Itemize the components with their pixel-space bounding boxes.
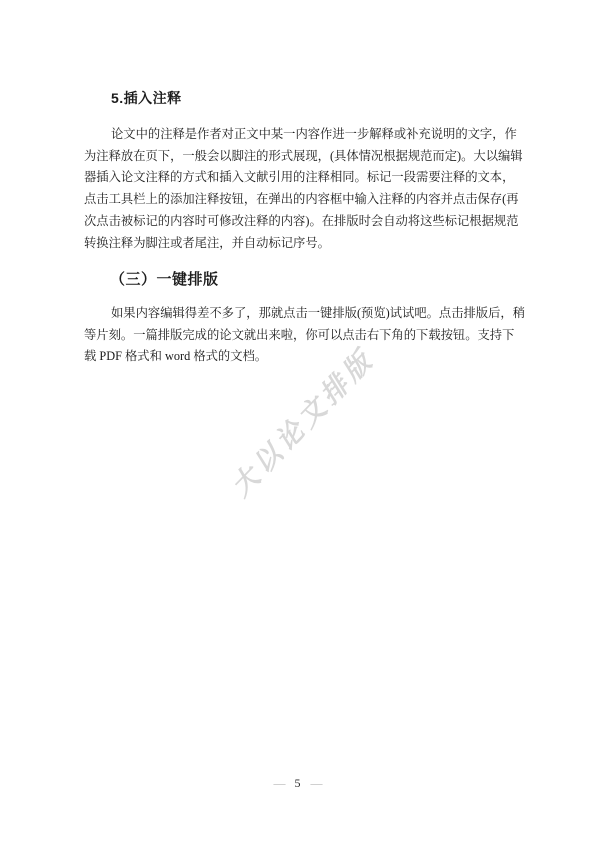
text-line: 点击工具栏上的添加注释按钮，在弹出的内容框中输入注释的内容并点击保存(再	[84, 189, 508, 211]
page-number-value: 5	[295, 776, 301, 790]
text-line: 载 PDF 格式和 word 格式的文档。	[84, 346, 508, 368]
section-heading-one-click-layout: （三）一键排版	[84, 268, 534, 289]
text-line: 如果内容编辑得差不多了，那就点击一键排版(预览)试试吧。点击排版后，稍	[84, 303, 508, 325]
paragraph-insert-annotation: 论文中的注释是作者对正文中某一内容作进一步解释或补充说明的文字，作为注释放在页下…	[84, 124, 508, 254]
page-number-right-dash: —	[311, 776, 322, 790]
text-line: 为注释放在页下，一般会以脚注的形式展现，(具体情况根据规范而定)。大以编辑	[84, 146, 508, 168]
page-number-left-dash: —	[274, 776, 285, 790]
page-number: — 5 —	[0, 776, 595, 791]
text-line: 等片刻。一篇排版完成的论文就出来啦，你可以点击右下角的下载按钮。支持下	[84, 325, 508, 347]
text-line: 器插入论文注释的方式和插入文献引用的注释相同。标记一段需要注释的文本，	[84, 167, 508, 189]
text-line: 转换注释为脚注或者尾注，并自动标记序号。	[84, 233, 508, 255]
document-page: 5.插入注释 论文中的注释是作者对正文中某一内容作进一步解释或补充说明的文字，作…	[0, 0, 595, 842]
section-heading-insert-annotation: 5.插入注释	[84, 88, 535, 108]
text-line: 论文中的注释是作者对正文中某一内容作进一步解释或补充说明的文字，作	[84, 124, 508, 146]
text-line: 次点击被标记的内容时可修改注释的内容)。在排版时会自动将这些标记根据规范	[84, 211, 508, 233]
paragraph-one-click-layout: 如果内容编辑得差不多了，那就点击一键排版(预览)试试吧。点击排版后，稍等片刻。一…	[84, 303, 508, 368]
